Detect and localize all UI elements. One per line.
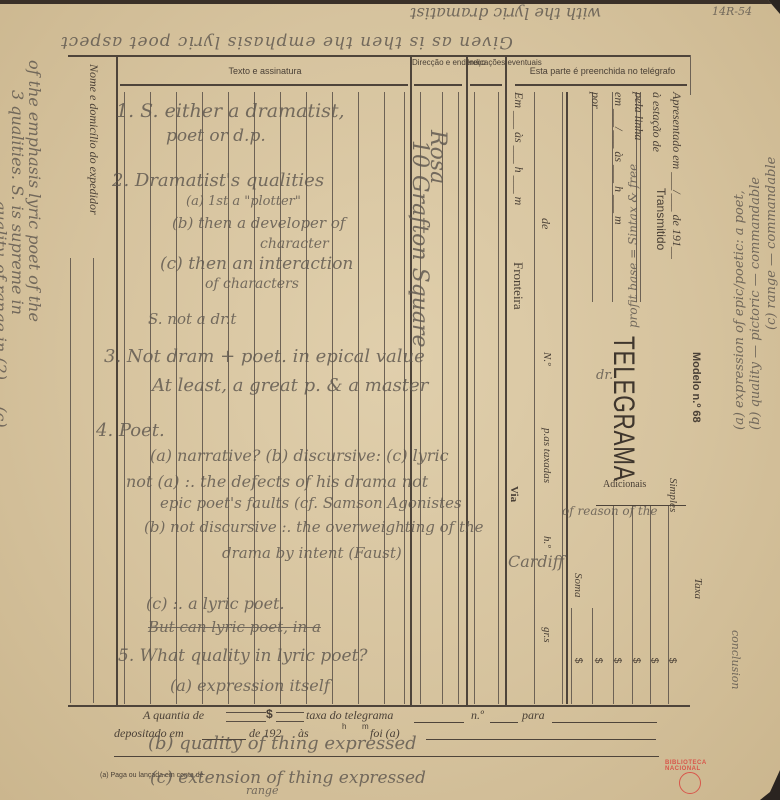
note-item-4g: (c) :. a lyric poet. xyxy=(146,594,285,613)
currency-mark: $ xyxy=(630,658,641,664)
office-rule xyxy=(566,92,568,704)
note-item-3b: At least, a great p. & a master xyxy=(152,375,428,396)
form-bottom-border xyxy=(68,705,690,707)
note-item-4b: (a) narrative? (b) discursive: (c) lyric xyxy=(150,446,449,465)
indications-column-divider xyxy=(505,55,507,705)
paper-edge xyxy=(0,0,780,4)
label-line: pela linha xyxy=(631,92,646,140)
note-item-5e: range xyxy=(246,784,278,797)
note-item-2d: character xyxy=(260,236,329,252)
label-received: Em ___ às ___ h ___ m xyxy=(511,92,526,205)
note-right-margin-1: (a) expression of epic/poetic: a poet, xyxy=(732,190,747,430)
note-item-4e: (b) not discursive :. the overweighting … xyxy=(144,518,484,536)
note-item-2b: (a) 1st a "plotter" xyxy=(186,194,301,209)
tax-rule xyxy=(668,505,669,704)
note-office-scribble-2: of reason of the xyxy=(562,504,658,518)
office-header-underline xyxy=(515,84,687,86)
tax-rule xyxy=(650,505,651,704)
office-rule xyxy=(562,92,563,704)
note-office-scribble-3: Cardiff xyxy=(508,552,564,571)
library-stamp: BIBLIOTECA NACIONAL xyxy=(665,760,715,794)
note-item-2f: of characters xyxy=(205,276,299,292)
note-office-scribble-4: dr. xyxy=(596,368,613,383)
telegram-form-sheet: 14R-54 with the lyric dramatist Given as… xyxy=(0,0,780,800)
label-by: por xyxy=(588,92,603,109)
text-rule xyxy=(404,92,405,704)
note-left-margin-1: of the emphasis lyric poet of the xyxy=(25,60,44,322)
label-station: à estação de xyxy=(649,92,664,152)
address-column-divider xyxy=(466,55,468,705)
indications-header-underline xyxy=(470,84,502,86)
office-rule xyxy=(592,92,593,302)
currency-mark: $ xyxy=(592,658,603,664)
header-address: Direcção e endereço xyxy=(412,58,464,68)
footer-blank-line xyxy=(114,756,659,757)
text-rule xyxy=(384,92,385,704)
label-sum: Soma xyxy=(572,573,584,597)
indications-rule xyxy=(498,92,499,704)
currency-mark: $ xyxy=(572,658,583,664)
note-item-5d: (c) extension of thing expressed xyxy=(150,768,426,788)
note-item-1b: poet or d.p. xyxy=(166,126,266,146)
header-sender: Nome e domicílio do expedidor xyxy=(86,64,101,215)
currency-mark: $ xyxy=(666,658,677,664)
stamp-text: BIBLIOTECA NACIONAL xyxy=(665,760,715,772)
label-simple: Simples xyxy=(667,478,679,512)
note-right-margin-2: (b) quality — pictoric — commandable xyxy=(748,177,763,430)
text-header-underline xyxy=(120,84,408,86)
footer-tax-label: taxa do telegrama xyxy=(306,708,393,723)
form-title: TELEGRAMA xyxy=(606,336,640,482)
note-item-2a: 2. Dramatist's qualities xyxy=(112,170,324,191)
footer-hour-mark: h xyxy=(342,722,346,731)
label-from: de xyxy=(538,218,553,229)
sender-column-divider xyxy=(116,55,118,705)
label-words: p.as taxadas xyxy=(541,428,553,483)
label-hour: h.º xyxy=(541,536,553,548)
note-item-4c: not (a) :. the defects of his drama not xyxy=(126,472,428,491)
sender-inner-line-right xyxy=(93,258,94,703)
footer-destination-label: para xyxy=(522,708,545,723)
label-weight: gr.s xyxy=(541,627,553,643)
handwritten-address-street: 10 Grafton Square xyxy=(407,140,432,348)
note-right-margin-4: conclusion xyxy=(729,630,742,690)
note-item-5c: (b) quality of thing expressed xyxy=(148,733,417,754)
footer-number-label: n.º xyxy=(471,708,484,723)
note-item-4d: epic poet's faults (cf. Samson Agonistes xyxy=(160,494,462,512)
label-tax: Taxa xyxy=(692,578,704,599)
footer-number-field xyxy=(490,722,518,723)
sender-inner-line-left xyxy=(70,258,71,703)
note-item-5a: 5. What quality in lyric poet? xyxy=(118,646,368,666)
footer-amount-field xyxy=(226,712,266,722)
note-top-upside-down-1: with the lyric dramatist xyxy=(410,4,601,23)
note-top-upside-down-2: Given as is then the emphasis lyric poet… xyxy=(60,32,513,52)
footer-tax-field xyxy=(414,722,464,723)
label-on-date: em ___/___ às ___ h ___ m xyxy=(611,92,626,225)
header-indications: Indicações eventuais xyxy=(467,58,505,68)
stamp-seal xyxy=(679,772,701,794)
form-model-number: Modelo n.º 68 xyxy=(690,352,702,423)
note-item-2c: (b) then a developer of xyxy=(172,214,345,232)
archive-reference: 14R-54 xyxy=(712,5,752,18)
footer-currency: $ xyxy=(266,707,273,721)
currency-mark: $ xyxy=(648,658,659,664)
address-rule xyxy=(458,92,459,704)
note-item-2e: (c) then an interaction xyxy=(160,254,353,274)
note-item-5-struck: But can lyric poet, in a xyxy=(148,618,321,636)
label-transmitted: Transmitido xyxy=(654,188,668,250)
text-rule xyxy=(358,92,359,704)
note-item-3a: 3. Not dram + poet. in epical value xyxy=(104,346,425,367)
footer-amount-label: A quantia de xyxy=(143,708,204,723)
label-border: Fronteira xyxy=(510,262,526,310)
indications-rule xyxy=(474,92,475,704)
footer-destination-field xyxy=(552,722,657,723)
header-text-signature: Texto e assinatura xyxy=(200,66,330,76)
footer-currency-field xyxy=(276,712,304,722)
text-rule xyxy=(332,92,333,704)
label-via: Via xyxy=(508,486,520,502)
sum-rule xyxy=(571,608,572,704)
tax-rule xyxy=(613,505,614,704)
note-right-margin-3: (c) range — commandable xyxy=(764,157,779,330)
address-header-underline xyxy=(414,84,462,86)
label-number: N.º xyxy=(541,352,553,366)
currency-mark: $ xyxy=(611,658,622,664)
note-item-5b: (a) expression itself xyxy=(170,676,330,695)
footer-was-field xyxy=(426,739,656,740)
note-item-4f: drama by intent (Faust) xyxy=(222,544,402,562)
office-rule xyxy=(534,92,535,704)
office-column-right-edge xyxy=(690,55,691,95)
note-left-margin-3: quality, of range in (2) — (c) xyxy=(0,200,10,428)
note-office-scribble-1: profit base = Sintax & free xyxy=(626,164,640,328)
note-item-1a: 1. S. either a dramatist, xyxy=(116,100,345,122)
note-item-4a: 4. Poet. xyxy=(96,420,165,441)
note-left-margin-2: 3 qualities. S. is supreme in xyxy=(8,90,27,315)
label-presented: Apresentado em ___/___ de 191__ xyxy=(669,92,684,259)
tax-rule xyxy=(632,505,633,704)
note-item-2g: S. not a dr.t xyxy=(148,310,236,328)
footer-minute-mark: m xyxy=(362,722,369,731)
form-top-border xyxy=(68,55,690,57)
sum-rule xyxy=(592,608,593,704)
header-office-section: Esta parte é preenchida no telégrafo xyxy=(520,66,685,76)
